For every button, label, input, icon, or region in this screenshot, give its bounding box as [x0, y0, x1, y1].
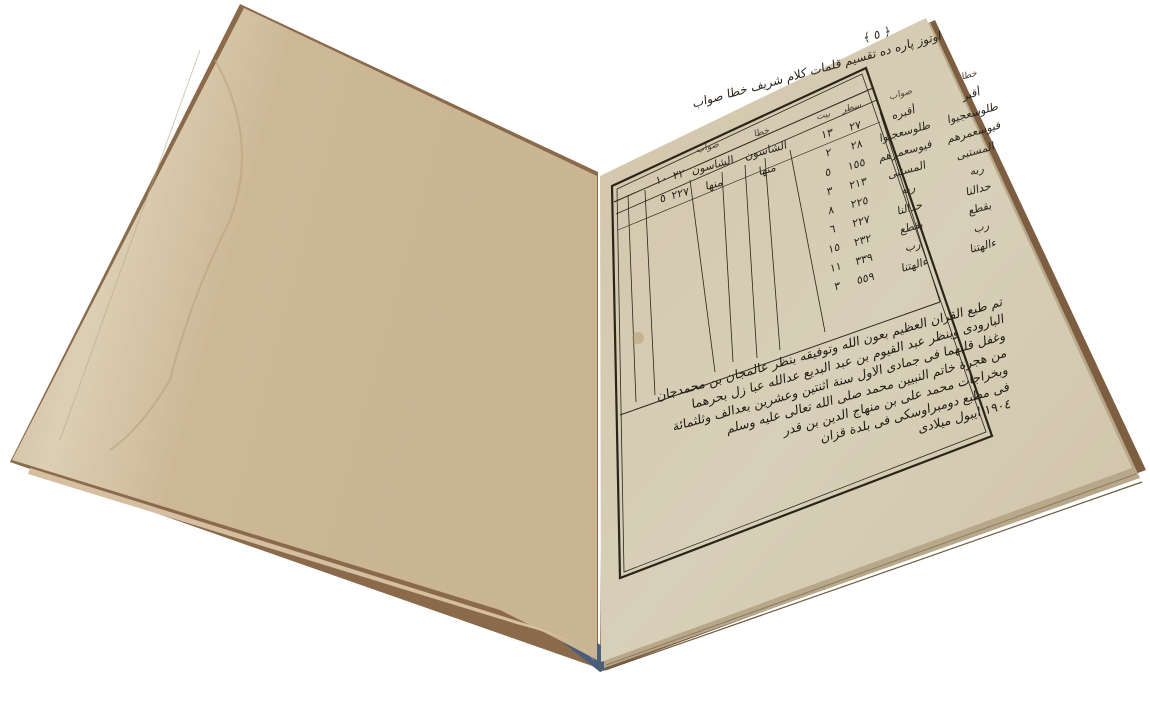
cell-page-2: ١٠ — [652, 170, 670, 188]
cell-line: ٥٥٩ — [850, 268, 880, 289]
cell-line-2: ٢٢ — [670, 166, 688, 184]
cell-page-2: ٥ — [654, 189, 672, 207]
cell-page: ٣ — [823, 276, 851, 297]
book-photo: ﴿ ٥ ﴾ اوتوز پاره ده تقسیم قلمات کلام شری… — [0, 0, 1150, 724]
cell-line-2: ٢٢٧ — [671, 185, 689, 203]
